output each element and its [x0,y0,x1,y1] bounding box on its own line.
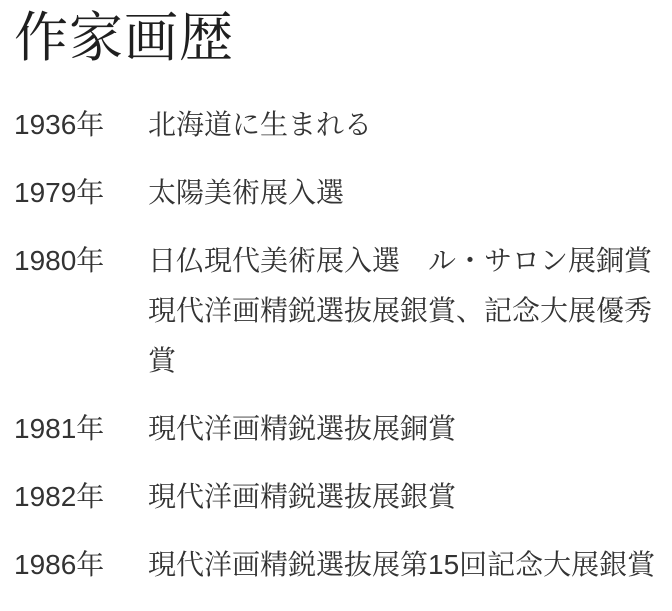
history-row: 1980年 日仏現代美術展入選 ル・サロン展銅賞 現代洋画精鋭選抜展銀賞、記念大… [14,236,658,386]
history-list: 1936年 北海道に生まれる 1979年 太陽美術展入選 1980年 日仏現代美… [14,100,658,590]
year-label: 1981年 [14,404,148,454]
year-label: 1982年 [14,472,148,522]
history-row: 1982年 現代洋画精鋭選抜展銀賞 [14,472,658,522]
description-text: 太陽美術展入選 [148,168,658,218]
history-row: 1981年 現代洋画精鋭選抜展銅賞 [14,404,658,454]
description-text: 現代洋画精鋭選抜展銀賞 [148,472,658,522]
page-title: 作家画歴 [14,6,658,72]
history-row: 1936年 北海道に生まれる [14,100,658,150]
history-row: 1979年 太陽美術展入選 [14,168,658,218]
description-text: 北海道に生まれる [148,100,658,150]
artist-history-page: 作家画歴 1936年 北海道に生まれる 1979年 太陽美術展入選 1980年 … [0,0,672,590]
description-text: 現代洋画精鋭選抜展第15回記念大展銀賞 [148,540,658,590]
year-label: 1979年 [14,168,148,218]
year-label: 1980年 [14,236,148,286]
description-text: 日仏現代美術展入選 ル・サロン展銅賞 現代洋画精鋭選抜展銀賞、記念大展優秀賞 [148,236,658,386]
year-label: 1986年 [14,540,148,590]
year-label: 1936年 [14,100,148,150]
description-text: 現代洋画精鋭選抜展銅賞 [148,404,658,454]
history-row: 1986年 現代洋画精鋭選抜展第15回記念大展銀賞 [14,540,658,590]
